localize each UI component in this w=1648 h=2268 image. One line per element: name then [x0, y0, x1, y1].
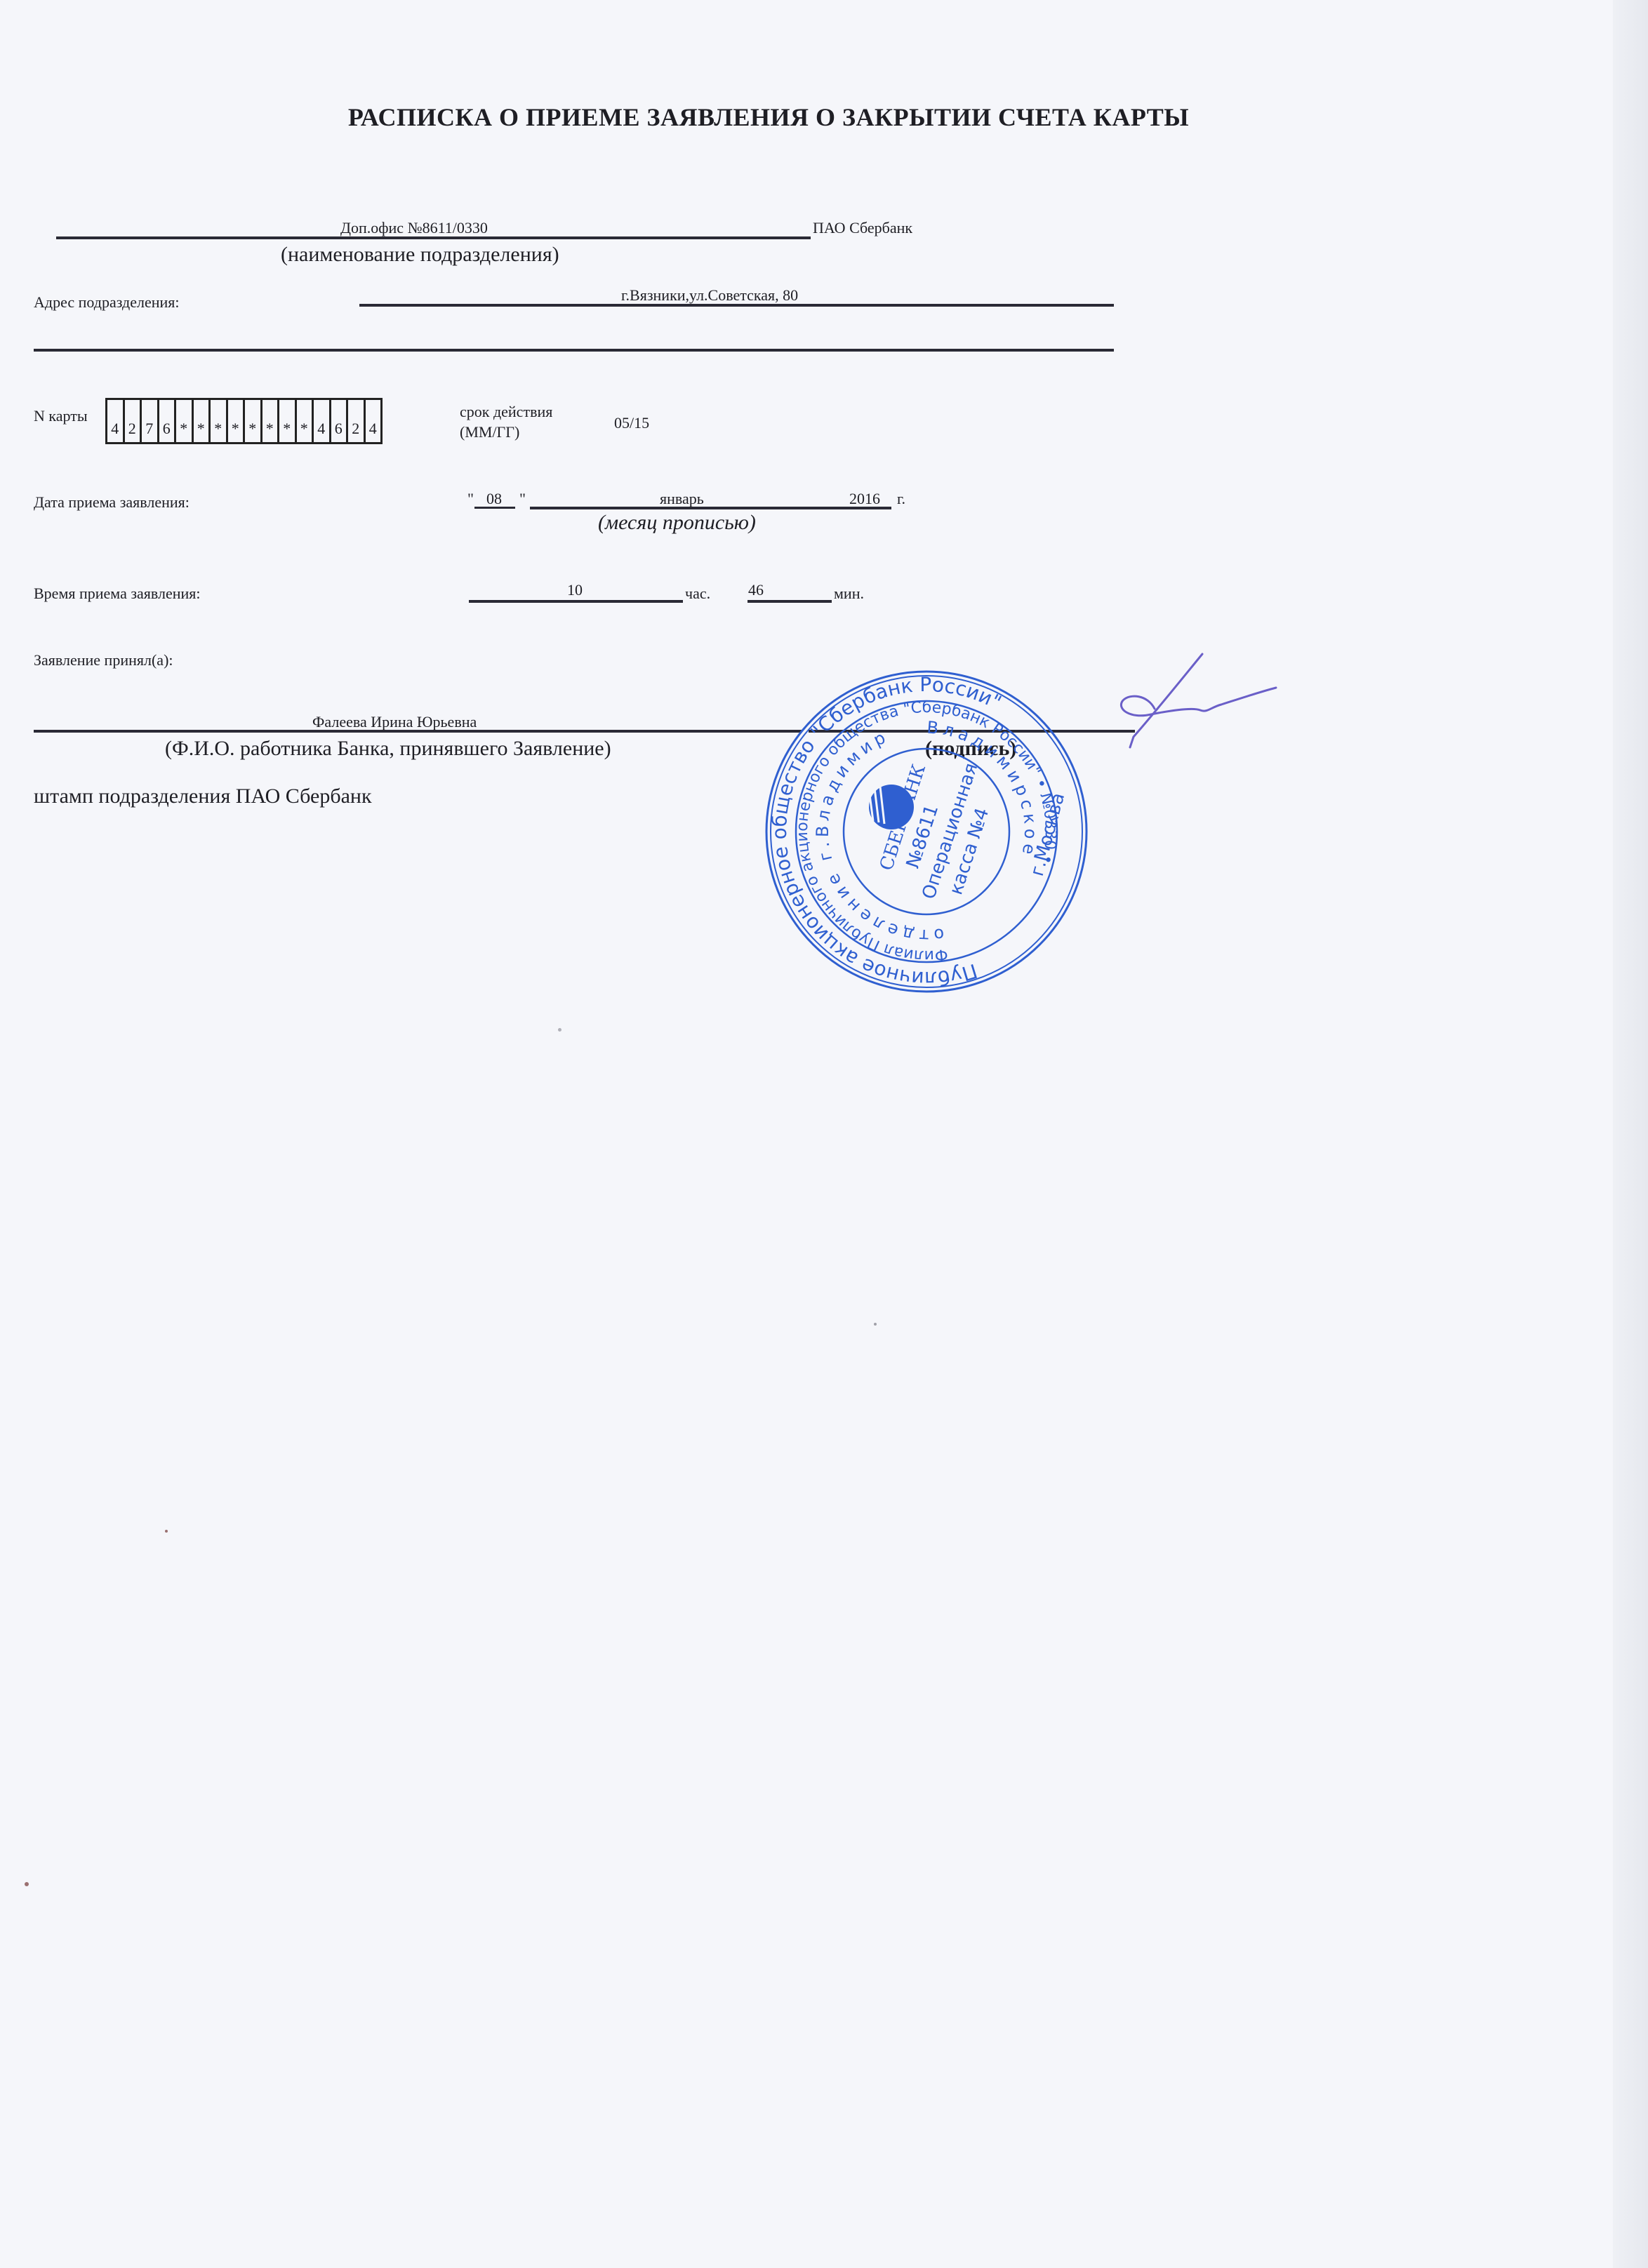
expiry-label: срок действия [460, 403, 552, 421]
address-second-underline [34, 349, 1114, 352]
card-digit-cell: 6 [331, 400, 349, 442]
date-year: 2016 [849, 490, 880, 508]
paper-speck [165, 1530, 168, 1533]
bank-stamp: Публичное акционерное общество "Сбербанк… [758, 667, 1095, 996]
time-hours-suffix: час. [685, 585, 710, 603]
card-digit-cell: * [211, 400, 228, 442]
hours-underline [469, 600, 683, 603]
card-digit-cell: 7 [142, 400, 159, 442]
card-digit-cell: 2 [125, 400, 142, 442]
paper-speck [874, 1323, 877, 1326]
subdivision-value: Доп.офис №8611/0330 [340, 219, 488, 237]
card-digit-cell: 2 [348, 400, 366, 442]
card-number-label: N карты [34, 407, 88, 425]
expiry-value: 05/15 [614, 414, 649, 432]
month-underline [530, 507, 891, 509]
page-edge-shadow [1613, 0, 1648, 2268]
date-year-suffix: г. [897, 490, 905, 508]
accepted-by-label: Заявление принял(а): [34, 651, 173, 669]
minutes-underline [747, 600, 832, 603]
expiry-format-label: (ММ/ГГ) [460, 423, 519, 441]
card-digit-cell: * [279, 400, 297, 442]
paper-speck [25, 1882, 29, 1886]
card-digit-cell: * [194, 400, 211, 442]
card-digit-cell: 6 [159, 400, 177, 442]
card-digit-cell: * [297, 400, 314, 442]
address-value: г.Вязники,ул.Советская, 80 [621, 286, 798, 305]
date-quote-open: " [467, 490, 474, 508]
subdivision-caption: (наименование подразделения) [281, 243, 559, 267]
stamp-note: штамп подразделения ПАО Сбербанк [34, 785, 372, 808]
subdivision-suffix: ПАО Сбербанк [813, 219, 912, 237]
document-title: РАСПИСКА О ПРИЕМЕ ЗАЯВЛЕНИЯ О ЗАКРЫТИИ С… [0, 102, 1537, 132]
address-label: Адрес подразделения: [34, 293, 180, 312]
card-digit-cell: 4 [314, 400, 331, 442]
card-digit-cell: * [263, 400, 280, 442]
paper-speck [558, 1028, 561, 1032]
card-digit-cell: * [228, 400, 246, 442]
card-number-boxes: 4276********4624 [105, 398, 383, 444]
date-label: Дата приема заявления: [34, 493, 190, 512]
employee-name-caption: (Ф.И.О. работника Банка, принявшего Заяв… [165, 737, 611, 761]
month-caption: (месяц прописью) [598, 511, 756, 535]
date-quote-close: " [519, 490, 526, 508]
card-digit-cell: * [176, 400, 194, 442]
sberbank-logo-icon [869, 785, 914, 829]
date-month: январь [660, 490, 704, 508]
employee-name: Фалеева Ирина Юрьевна [312, 713, 477, 731]
card-digit-cell: 4 [366, 400, 383, 442]
card-digit-cell: * [245, 400, 263, 442]
date-day: 08 [486, 490, 502, 508]
time-hours: 10 [567, 581, 583, 599]
time-label: Время приема заявления: [34, 585, 201, 603]
time-minutes: 46 [748, 581, 764, 599]
card-digit-cell: 4 [107, 400, 125, 442]
handwritten-signature [1081, 632, 1277, 758]
time-minutes-suffix: мин. [834, 585, 864, 603]
